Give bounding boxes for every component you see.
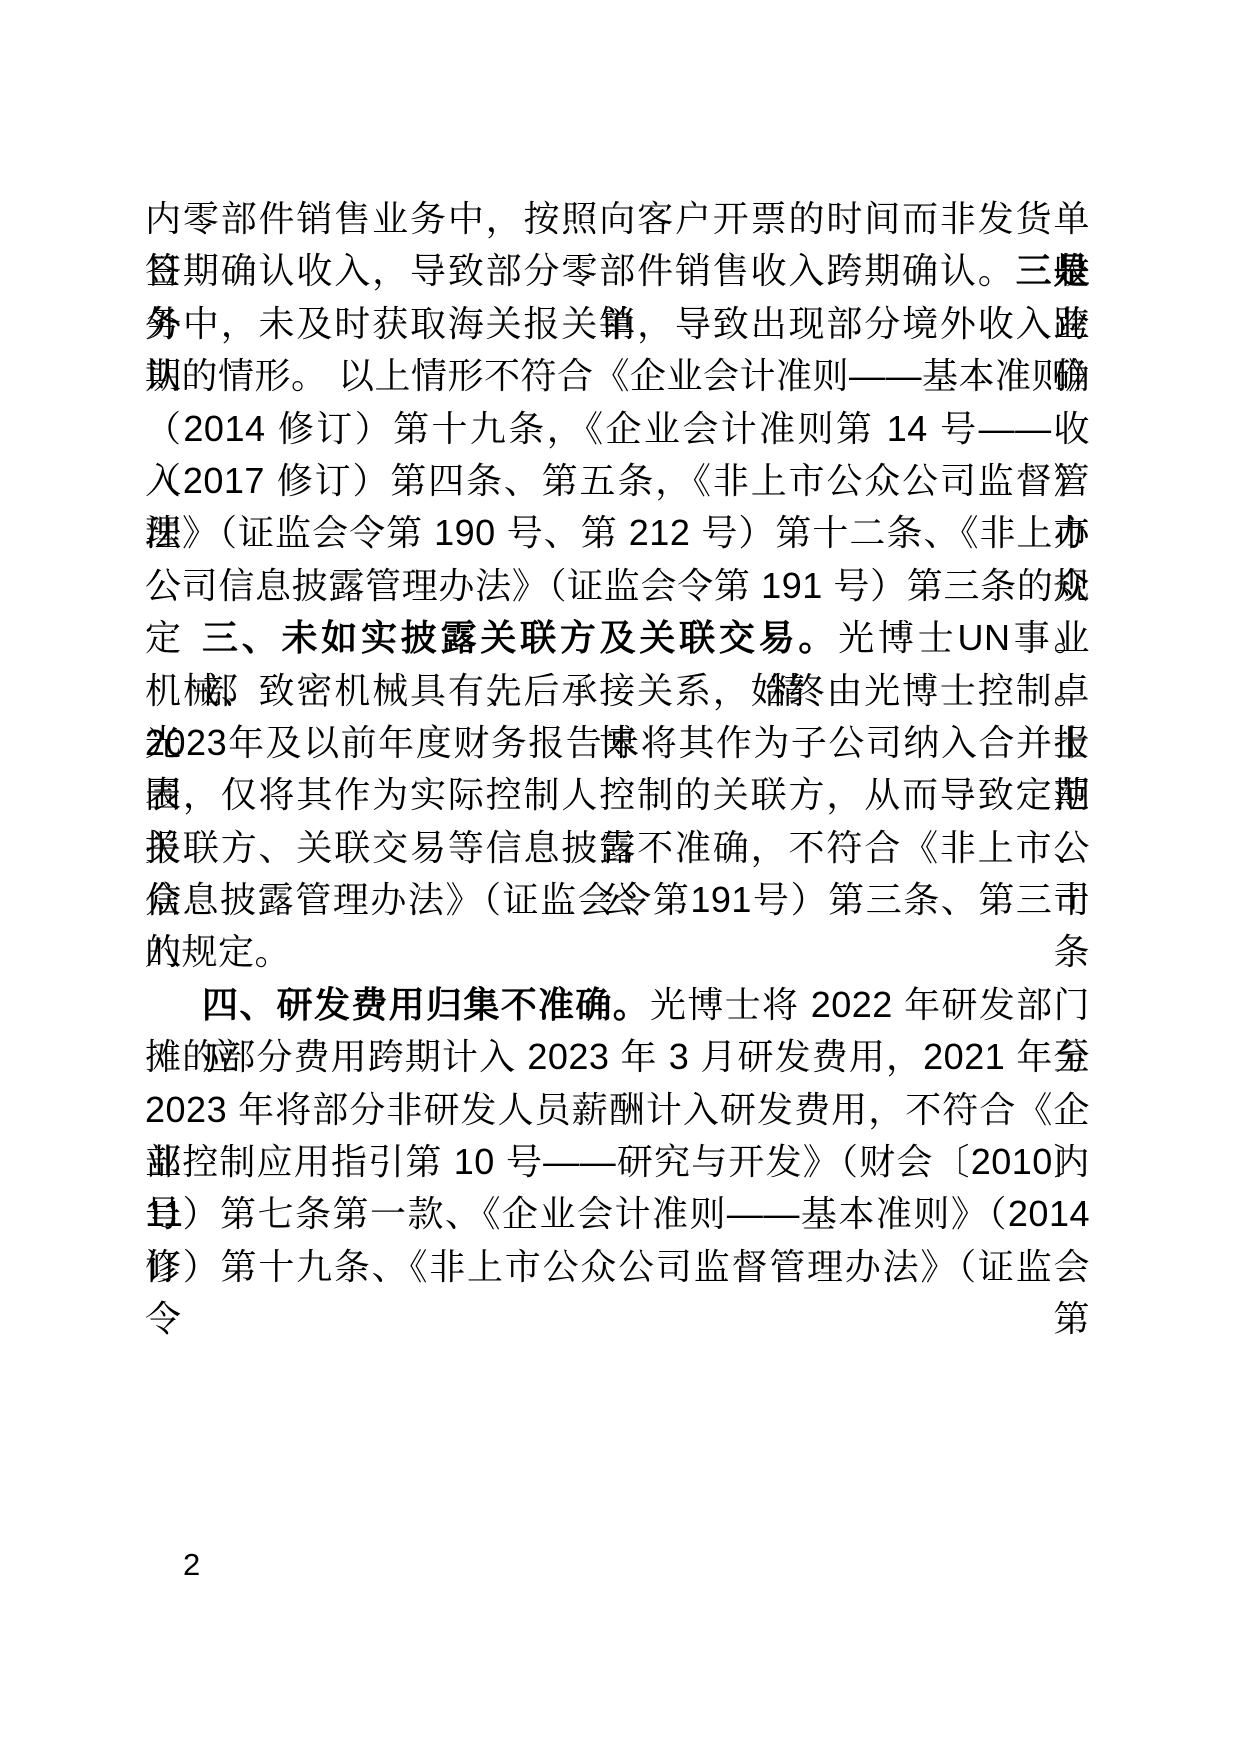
text-line: 关联方、关联交易等信息披露不准确，不符合《非上市公众公司: [145, 822, 1090, 874]
document-body: 内零部件销售业务中，按照向客户开票的时间而非发货单签收日期确认收入，导致部分零部…: [145, 193, 1090, 1293]
text-line: 围，仅将其作为实际控制人控制的关联方，从而导致定期报告、: [145, 769, 1090, 821]
text-line: 部控制应用指引第 10 号——研究与开发》（财会〔2010〕11: [145, 1136, 1090, 1188]
text-segment: 日期确认收入，导致部分零部件销售收入跨期确认。: [145, 250, 1016, 291]
text-line: 四、研发费用归集不准确。光博士将 2022 年研发部门应分: [145, 979, 1090, 1031]
text-segment: 的规定。: [145, 931, 291, 972]
text-line: 法》（证监会令第 190 号、第 212 号）第十二条、《非上市公众: [145, 507, 1090, 559]
text-line: 日期确认收入，导致部分零部件销售收入跨期确认。三是外销业: [145, 245, 1090, 297]
text-line: 公司信息披露管理办法》（证监会令第 191 号）第三条的规定。: [145, 560, 1090, 612]
text-segment: 摊的部分费用跨期计入 2023 年 3 月研发费用，2021 年至: [145, 1036, 1090, 1077]
bold-text-segment: 三是: [1016, 250, 1090, 291]
text-line: 2023年及以前年度财务报告未将其作为子公司纳入合并报表范: [145, 717, 1090, 769]
text-line: 三、未如实披露关联方及关联交易。光博士UN事业部、精卓: [145, 612, 1090, 664]
bold-text-segment: 三、未如实披露关联方及关联交易。: [202, 617, 838, 658]
text-line: 摊的部分费用跨期计入 2023 年 3 月研发费用，2021 年至: [145, 1031, 1090, 1083]
document-page: 内零部件销售业务中，按照向客户开票的时间而非发货单签收日期确认收入，导致部分零部…: [0, 0, 1241, 1754]
text-line: 内零部件销售业务中，按照向客户开票的时间而非发货单签收: [145, 193, 1090, 245]
bold-text-segment: 四、研发费用归集不准确。: [202, 984, 650, 1025]
text-line: 机械、致密机械具有先后承接关系，始终由光博士控制。光博士: [145, 665, 1090, 717]
text-line: 务中，未及时获取海关报关单，导致出现部分境外收入跨期确: [145, 298, 1090, 350]
text-line: 认的情形。 以上情形不符合《企业会计准则——基本准则》: [145, 350, 1090, 402]
text-segment: 订）第十九条、《非上市公众公司监督管理办法》（证监会令第: [145, 1246, 1090, 1339]
text-line: 号）第七条第一款、《企业会计准则——基本准则》（2014 修: [145, 1188, 1090, 1240]
text-line: 信息披露管理办法》（证监会令第191号）第三条、第三十八条: [145, 874, 1090, 926]
text-line: 订）第十九条、《非上市公众公司监督管理办法》（证监会令第: [145, 1241, 1090, 1293]
text-line: 2023 年将部分非研发人员薪酬计入研发费用，不符合《企业内: [145, 1084, 1090, 1136]
text-line: （2014 修订）第十九条，《企业会计准则第 14 号——收入》: [145, 403, 1090, 455]
text-line: （2017 修订）第四条、第五条，《非上市公众公司监督管理办: [145, 455, 1090, 507]
page-number: 2: [183, 1542, 200, 1588]
text-segment: 认的情形。 以上情形不符合《企业会计准则——基本准则》: [145, 355, 1105, 396]
